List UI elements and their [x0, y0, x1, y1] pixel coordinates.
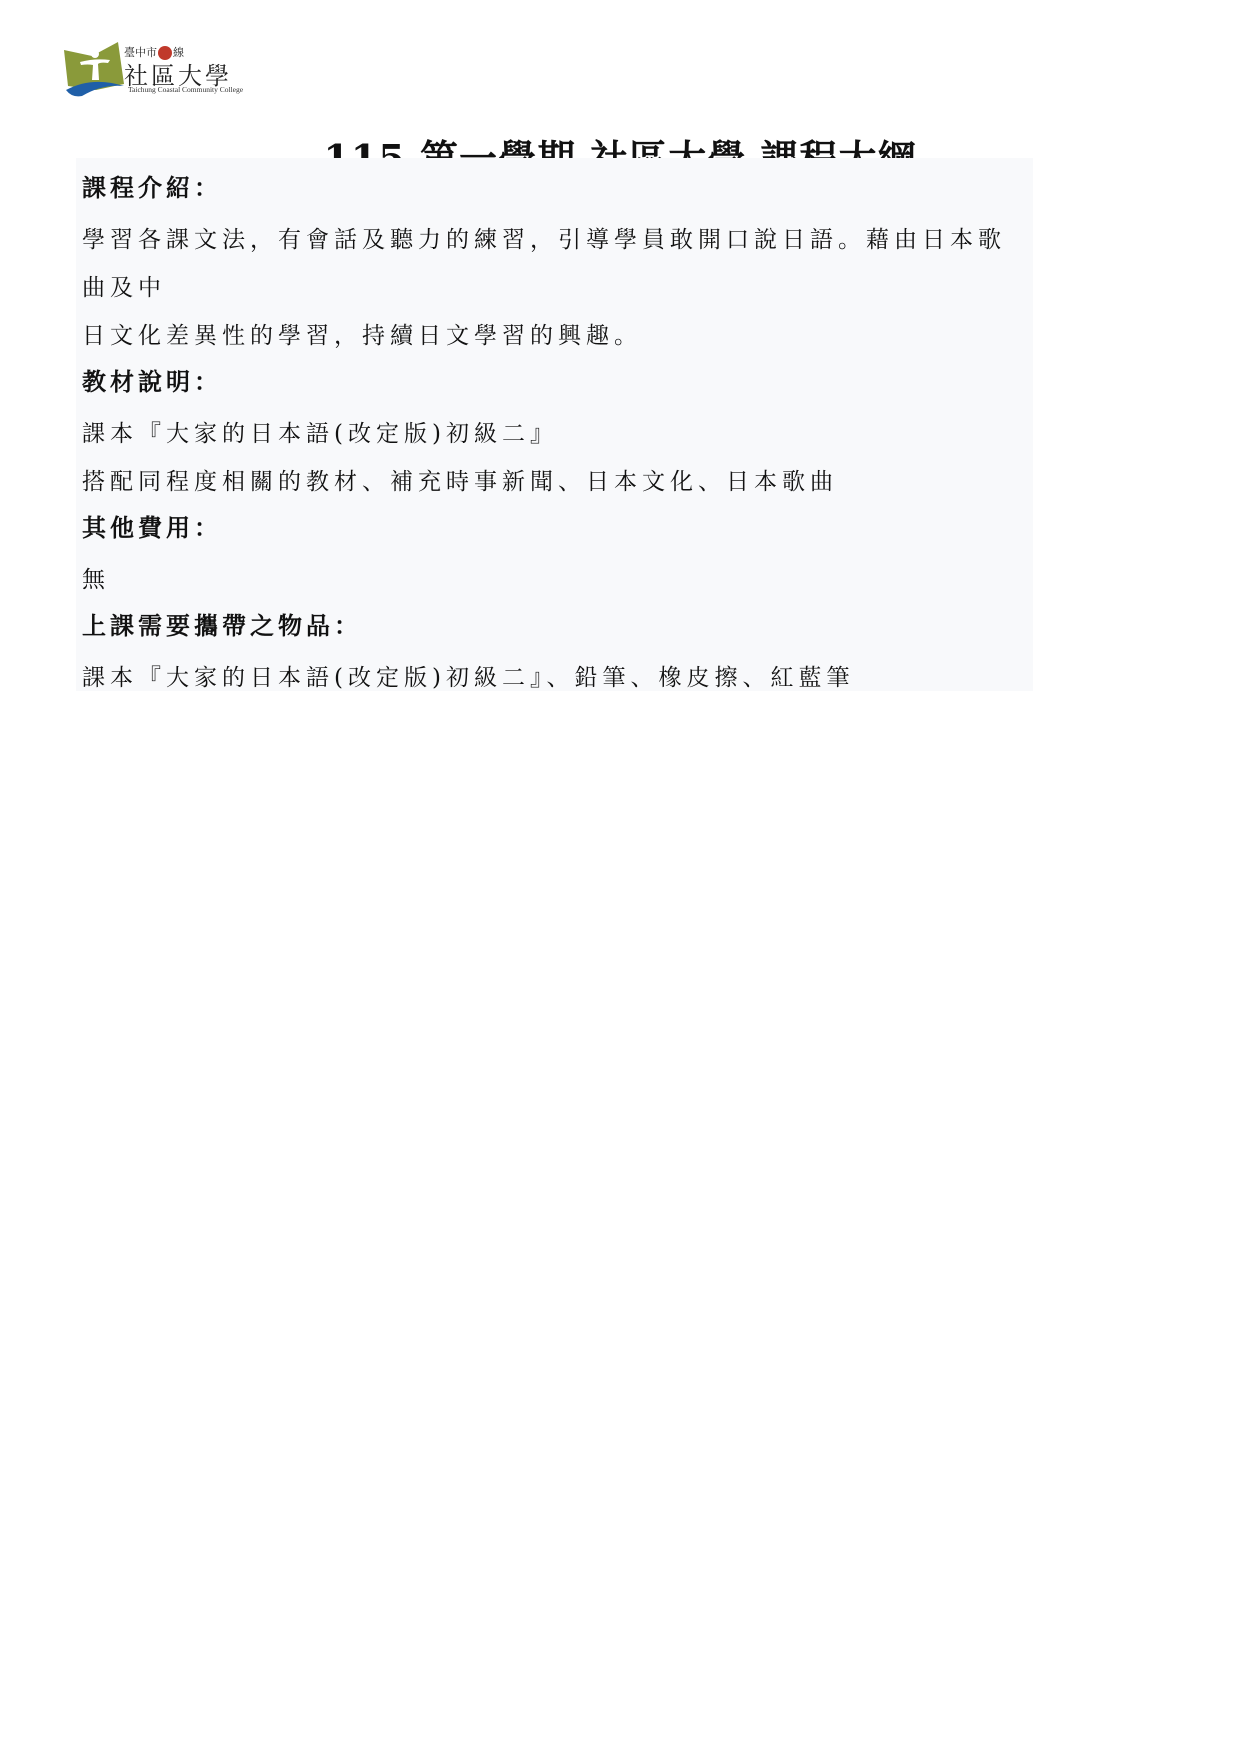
- other-fees-text: 無: [82, 556, 1027, 604]
- section-heading-materials: 教材說明：: [82, 362, 1027, 402]
- section-heading-items-to-bring: 上課需要攜帶之物品：: [82, 606, 1027, 646]
- logo-english-name: Taichung Coastal Community College: [128, 85, 243, 94]
- logo-book-icon: [62, 40, 126, 100]
- materials-text-line-1: 課本『大家的日本語(改定版)初級二』: [82, 410, 1027, 458]
- materials-text-line-2: 搭配同程度相關的教材、補充時事新聞、日本文化、日本歌曲: [82, 458, 1027, 506]
- section-heading-other-fees: 其他費用：: [82, 508, 1027, 548]
- syllabus-panel: 課程介紹： 學習各課文法，有會話及聽力的練習，引導學員敢開口說日語。藉由日本歌曲…: [76, 158, 1033, 691]
- items-to-bring-text: 課本『大家的日本語(改定版)初級二』、鉛筆、橡皮擦、紅藍筆: [82, 654, 1027, 702]
- section-heading-course-intro: 課程介紹：: [82, 168, 1027, 208]
- course-intro-text-line-1: 學習各課文法，有會話及聽力的練習，引導學員敢開口說日語。藉由日本歌曲及中: [82, 216, 1027, 312]
- college-logo: 臺中市線 社區大學 Taichung Coastal Community Col…: [62, 40, 242, 100]
- course-intro-text-line-2: 日文化差異性的學習，持續日文學習的興趣。: [82, 312, 1027, 360]
